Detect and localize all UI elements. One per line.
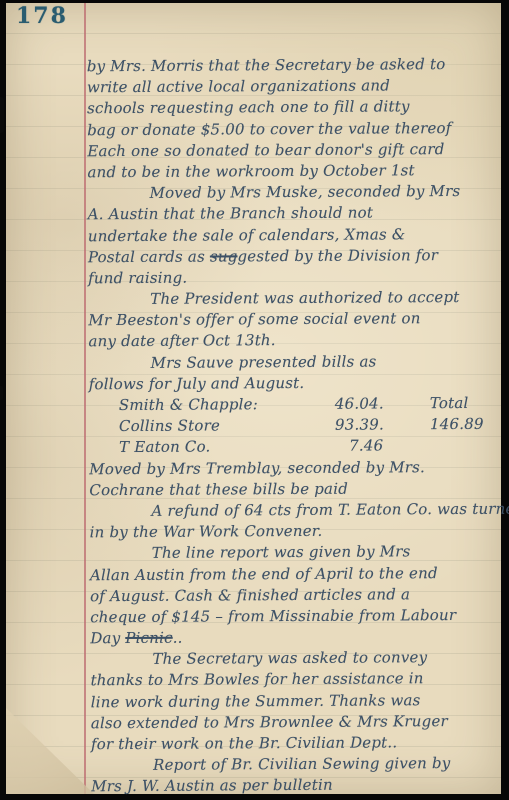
bill-vendor: Collins Store bbox=[119, 415, 335, 438]
handwritten-line: schools requesting each one to fill a di… bbox=[87, 96, 489, 120]
line-segment: Postal cards as bbox=[88, 247, 210, 266]
scan-edge-notch bbox=[0, 386, 3, 400]
handwritten-line: The Secretary was asked to convey bbox=[90, 647, 492, 671]
handwritten-line: Mrs Sauve presented bills as bbox=[89, 350, 491, 374]
handwritten-line: thanks to Mrs Bowles for her assistance … bbox=[90, 668, 492, 692]
handwritten-line: Moved by Mrs Tremblay, seconded by Mrs. bbox=[89, 456, 491, 480]
handwritten-line: The President was authorized to accept bbox=[88, 287, 490, 311]
handwritten-line: Each one so donated to bear donor's gift… bbox=[87, 139, 489, 163]
handwritten-line: Postal cards as suggested by the Divisio… bbox=[88, 244, 490, 268]
handwritten-line: Moved by Mrs Muske, seconded by Mrs bbox=[88, 181, 490, 205]
struck-out-text: sug bbox=[210, 247, 238, 265]
handwritten-line: Report of Br. Civilian Sewing given by bbox=[91, 753, 493, 777]
bill-row: Smith & Chapple: 46.04. Total bbox=[89, 393, 491, 417]
handwritten-line: in by the War Work Convener. bbox=[90, 520, 492, 544]
handwritten-line: any date after Oct 13th. bbox=[88, 329, 490, 353]
handwritten-line: by Mrs. Morris that the Secretary be ask… bbox=[87, 54, 489, 78]
handwritten-line: of August. Cash & finished articles and … bbox=[90, 583, 492, 607]
line-segment: gested by the Division for bbox=[237, 246, 438, 265]
handwritten-line: Cochrane that these bills be paid bbox=[89, 478, 491, 502]
bill-total-empty bbox=[430, 435, 491, 457]
handwritten-line: The line report was given by Mrs bbox=[90, 541, 492, 565]
handwritten-line: A. Austin that the Branch should not bbox=[88, 202, 490, 226]
handwritten-line: and to be in the workroom by October 1st bbox=[87, 160, 489, 184]
line-segment: Day bbox=[90, 629, 125, 647]
handwritten-line: undertake the sale of calendars, Xmas & bbox=[88, 223, 490, 247]
scanned-minutes-page: 178 by Mrs. Morris that the Secretary be… bbox=[0, 0, 509, 800]
handwritten-line: fund raising. bbox=[88, 266, 490, 290]
bill-amount: 93.39. bbox=[335, 414, 430, 436]
handwritten-line: write all active local organizations and bbox=[87, 75, 489, 99]
handwritten-line: bag or donate $5.00 to cover the value t… bbox=[87, 117, 489, 141]
handwritten-line: Mrs J. W. Austin as per bulletin bbox=[91, 774, 493, 798]
handwritten-line: line work during the Summer. Thanks was bbox=[91, 689, 493, 713]
handwritten-line: Mr Beeston's offer of some social event … bbox=[88, 308, 490, 332]
handwritten-line: A refund of 64 cts from T. Eaton Co. was… bbox=[89, 499, 491, 523]
bill-vendor: Smith & Chapple: bbox=[119, 394, 335, 417]
bill-row: T Eaton Co. 7.46 bbox=[89, 435, 491, 459]
page-corner-fold bbox=[6, 708, 94, 794]
handwritten-line: Allan Austin from the end of April to th… bbox=[90, 562, 492, 586]
handwritten-line: follows for July and August. bbox=[89, 372, 491, 396]
bill-amount: 46.04. bbox=[335, 393, 430, 415]
ledger-paper: 178 by Mrs. Morris that the Secretary be… bbox=[6, 3, 501, 794]
red-margin-line bbox=[84, 3, 86, 794]
bill-amount: 7.46 bbox=[335, 436, 430, 458]
bill-vendor: T Eaton Co. bbox=[119, 436, 335, 459]
handwritten-line: Day Picnic.. bbox=[90, 626, 492, 650]
page-number: 178 bbox=[16, 3, 68, 29]
handwritten-minutes-text: by Mrs. Morris that the Secretary be ask… bbox=[87, 54, 494, 798]
bill-row: Collins Store 93.39. 146.89 bbox=[89, 414, 491, 438]
scan-edge-notch bbox=[0, 97, 4, 133]
struck-out-text: Picnic bbox=[125, 629, 172, 647]
bill-total-label: Total bbox=[430, 393, 491, 415]
handwritten-line: also extended to Mrs Brownlee & Mrs Krug… bbox=[91, 711, 493, 735]
line-segment: .. bbox=[173, 629, 183, 647]
handwritten-line: cheque of $145 – from Missinabie from La… bbox=[90, 605, 492, 629]
bill-total-value: 146.89 bbox=[430, 414, 491, 436]
handwritten-line: for their work on the Br. Civilian Dept.… bbox=[91, 732, 493, 756]
